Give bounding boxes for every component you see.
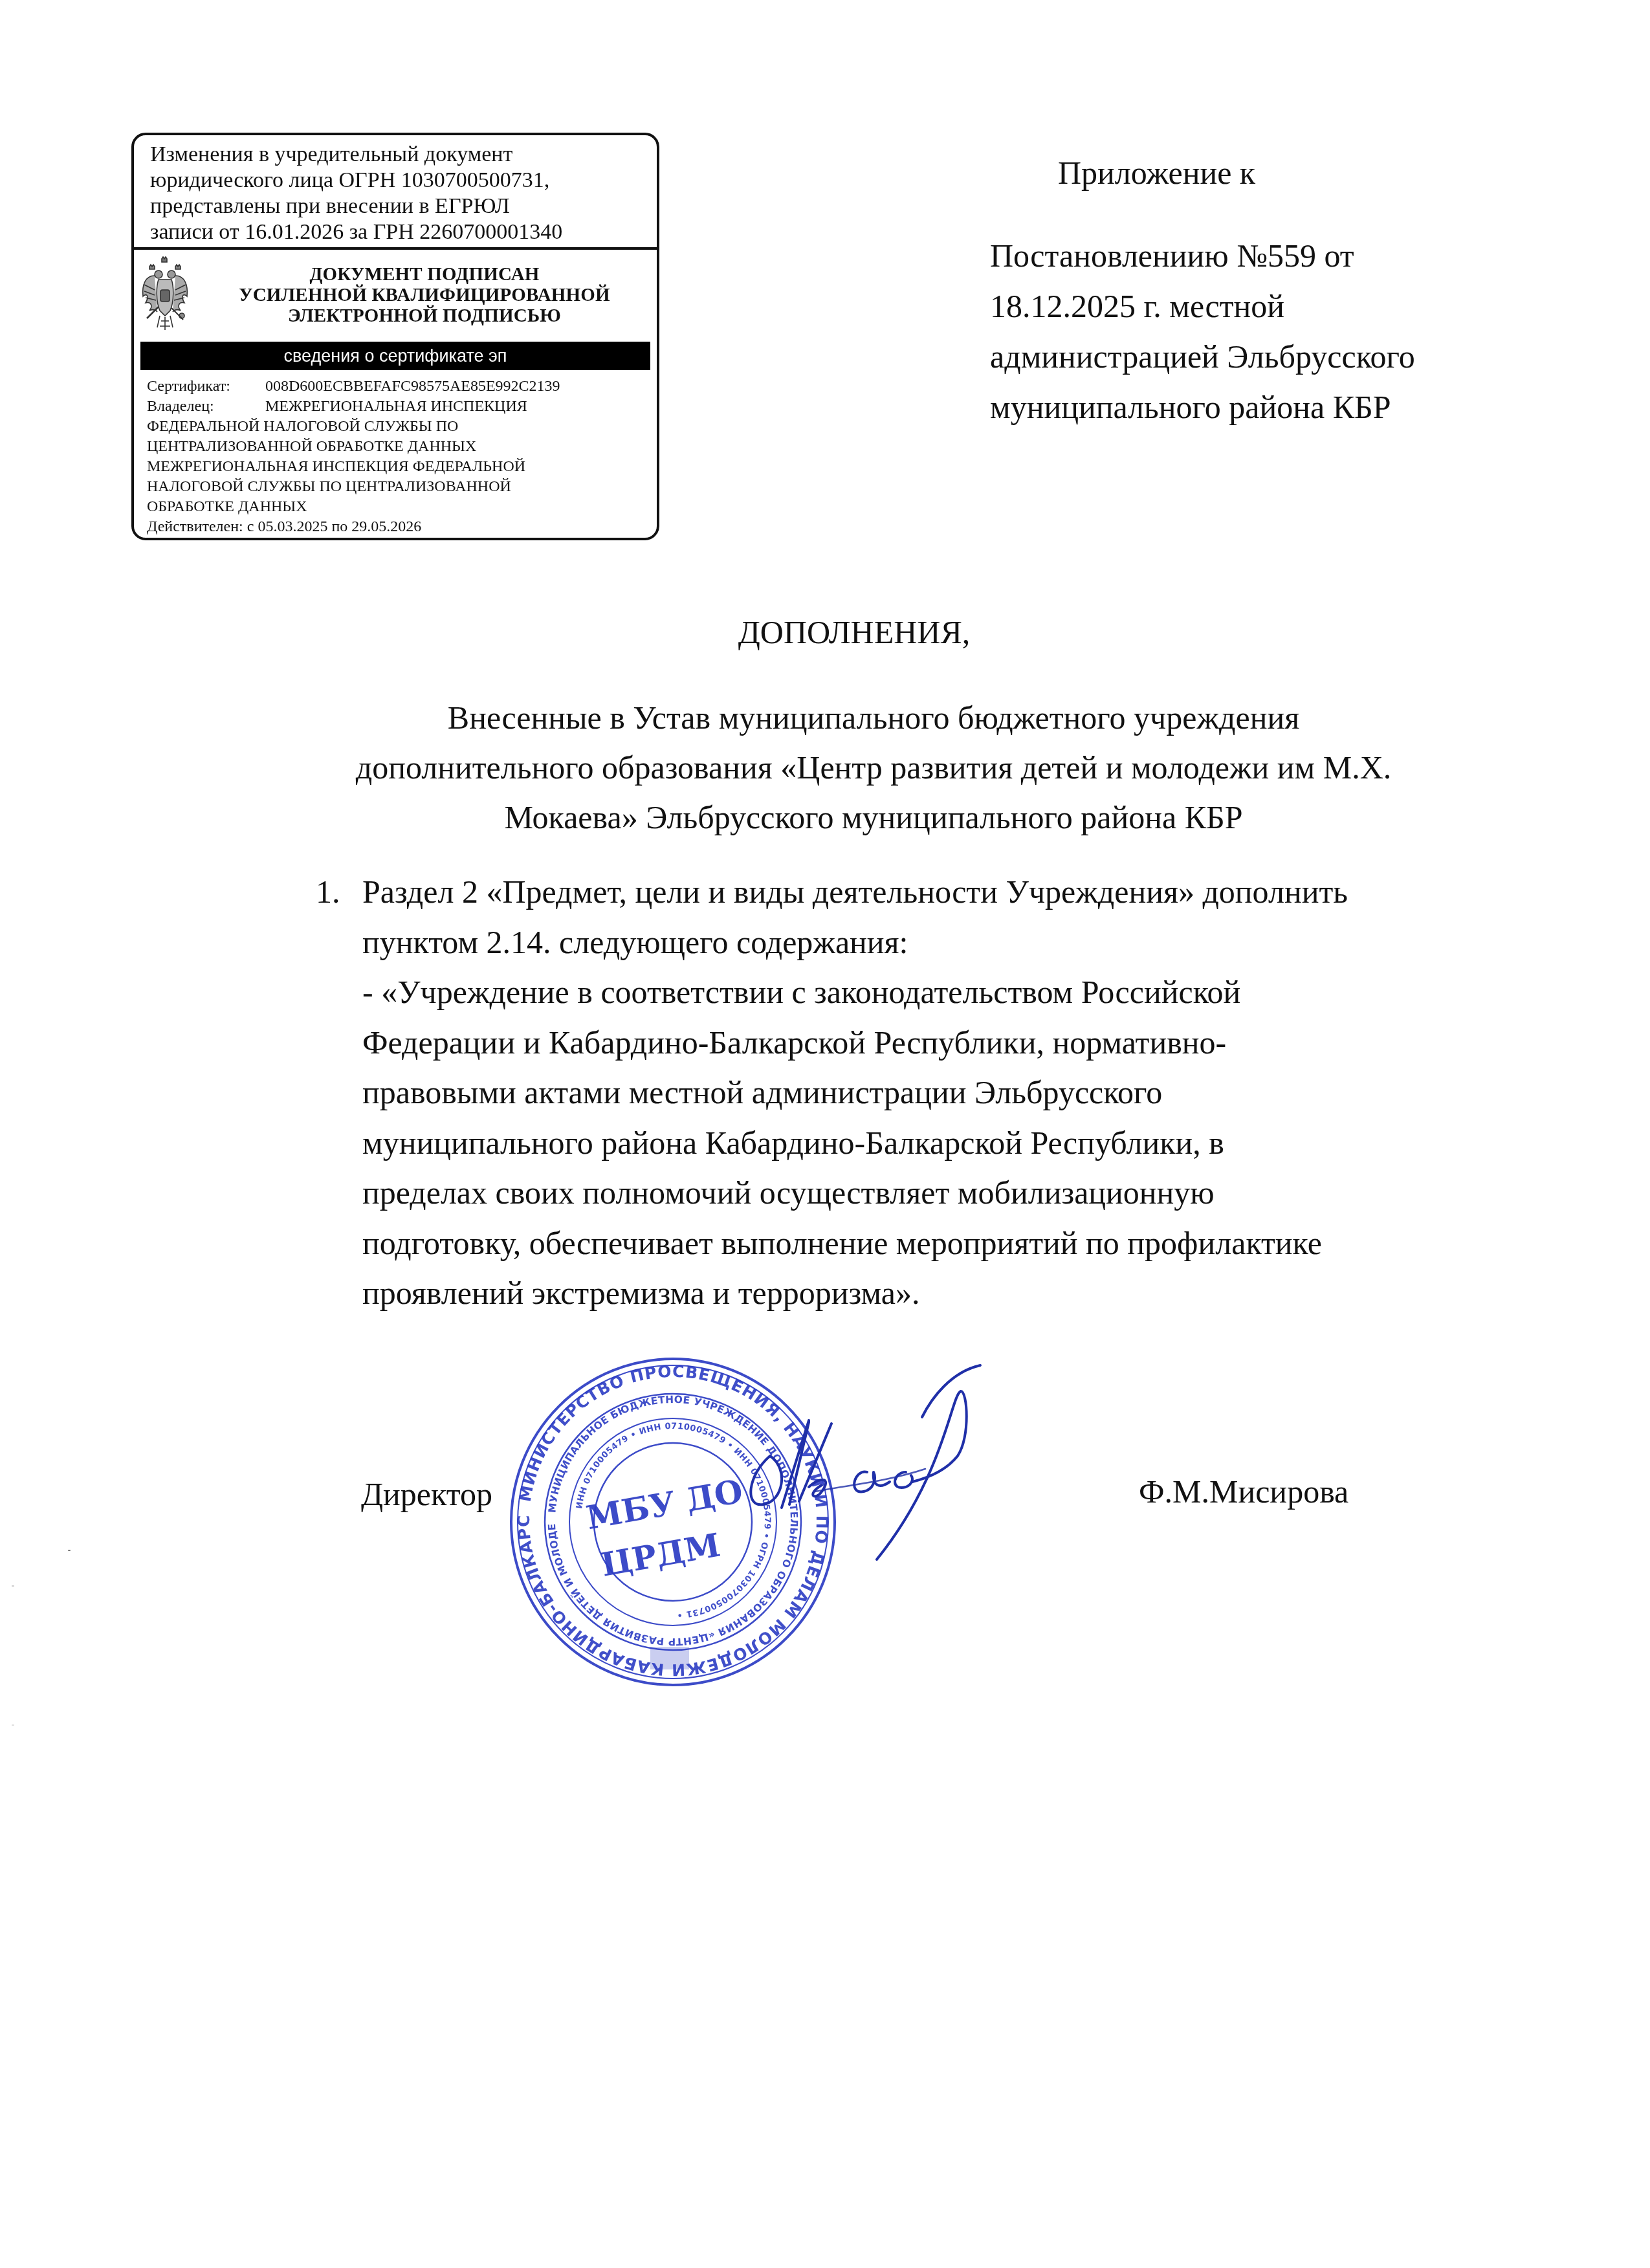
amendment-line: Федерации и Кабардино-Балкарской Республ…: [362, 1018, 1545, 1068]
signatory-role: Директор: [361, 1475, 492, 1513]
validity-label: Действителен:: [147, 518, 243, 535]
owner-line: ЦЕНТРАЛИЗОВАННОЙ ОБРАБОТКЕ ДАННЫХ: [147, 437, 650, 457]
appendix-line: 18.12.2025 г. местной: [990, 281, 1415, 331]
document-title: ДОПОЛНЕНИЯ,: [0, 613, 1650, 651]
owner-line: НАЛОГОВОЙ СЛУЖБЫ ПО ЦЕНТРАЛИЗОВАННОЙ: [147, 477, 650, 497]
amendment-line: - «Учреждение в соответствии с законодат…: [362, 967, 1545, 1018]
scan-artifact: [68, 1550, 71, 1551]
seal-center-line: МБУ ДО: [584, 1472, 746, 1537]
amendment-line: пределах своих полномочий осуществляет м…: [362, 1168, 1545, 1218]
owner-value: МЕЖРЕГИОНАЛЬНАЯ ИНСПЕКЦИЯ: [265, 398, 527, 415]
document-subtitle: Внесенные в Устав муниципального бюджетн…: [129, 693, 1618, 842]
signed-title-line: УСИЛЕННОЙ КВАЛИФИЦИРОВАННОЙ: [199, 285, 650, 305]
owner-line: ФЕДЕРАЛЬНОЙ НАЛОГОВОЙ СЛУЖБЫ ПО: [147, 417, 650, 437]
appendix-reference: Постановлениию №559 от 18.12.2025 г. мес…: [990, 230, 1415, 432]
scan-artifact: [12, 1724, 14, 1726]
certificate-row: Сертификат:008D600ECBBEFAFC98575AE85E992…: [147, 377, 650, 397]
owner-line: МЕЖРЕГИОНАЛЬНАЯ ИНСПЕКЦИЯ ФЕДЕРАЛЬНОЙ: [147, 457, 650, 477]
russian-coat-of-arms-icon: [140, 256, 190, 334]
egrul-registration-note: Изменения в учредительный документ юриди…: [134, 135, 657, 250]
certificate-serial: 008D600ECBBEFAFC98575AE85E992C2139: [265, 378, 560, 395]
appendix-title: Приложение к: [1058, 154, 1255, 192]
amendment-line: правовыми актами местной администрации Э…: [362, 1068, 1545, 1118]
amendment-line: проявлений экстремизма и терроризма».: [362, 1268, 1545, 1319]
amendment-text: Раздел 2 «Предмет, цели и виды деятельно…: [362, 867, 1545, 1319]
registration-note-line: записи от 16.01.2026 за ГРН 226070000134…: [150, 219, 657, 245]
appendix-line: администрацией Эльбрусского: [990, 331, 1415, 382]
handwritten-signature-icon: [744, 1346, 1016, 1618]
amendment-number: 1.: [316, 867, 340, 918]
validity-row: Действителен: с 05.03.2025 по 29.05.2026: [147, 517, 650, 537]
amendment-line: пунктом 2.14. следующего содержания:: [362, 918, 1545, 968]
owner-row: Владелец:МЕЖРЕГИОНАЛЬНАЯ ИНСПЕКЦИЯ: [147, 397, 650, 417]
amendment-item: 1. Раздел 2 «Предмет, цели и виды деятел…: [316, 867, 1545, 1319]
amendment-line: подготовку, обеспечивает выполнение меро…: [362, 1218, 1545, 1269]
amendment-line: муниципального района Кабардино-Балкарск…: [362, 1118, 1545, 1169]
signed-with-qualified-signature-title: ДОКУМЕНТ ПОДПИСАН УСИЛЕННОЙ КВАЛИФИЦИРОВ…: [199, 264, 650, 326]
amendment-line: Раздел 2 «Предмет, цели и виды деятельно…: [362, 867, 1545, 918]
certificate-info-bar: сведения о сертификате эп: [140, 342, 650, 370]
subtitle-line: Внесенные в Устав муниципального бюджетн…: [129, 693, 1618, 743]
certificate-details: Сертификат:008D600ECBBEFAFC98575AE85E992…: [147, 377, 650, 537]
seal-center-line: ЦРДМ: [598, 1526, 723, 1584]
scan-artifact: [12, 1585, 14, 1587]
owner-line: ОБРАБОТКЕ ДАННЫХ: [147, 497, 650, 517]
subtitle-line: дополнительного образования «Центр разви…: [129, 743, 1618, 793]
registration-note-line: Изменения в учредительный документ: [150, 142, 657, 168]
signatory-name: Ф.М.Мисирова: [1139, 1473, 1348, 1510]
electronic-signature-header: ДОКУМЕНТ ПОДПИСАН УСИЛЕННОЙ КВАЛИФИЦИРОВ…: [134, 252, 657, 343]
signed-title-line: ДОКУМЕНТ ПОДПИСАН: [199, 264, 650, 285]
validity-period: с 05.03.2025 по 29.05.2026: [247, 518, 422, 535]
egrul-registration-stamp: Изменения в учредительный документ юриди…: [131, 133, 659, 540]
registration-note-line: представлены при внесении в ЕГРЮЛ: [150, 193, 657, 219]
certificate-label: Сертификат:: [147, 377, 265, 397]
amendments-list: 1. Раздел 2 «Предмет, цели и виды деятел…: [316, 867, 1545, 1319]
subtitle-line: Мокаева» Эльбрусского муниципального рай…: [129, 793, 1618, 842]
appendix-line: муниципального района КБР: [990, 382, 1415, 432]
signed-title-line: ЭЛЕКТРОННОЙ ПОДПИСЬЮ: [199, 305, 650, 326]
appendix-line: Постановлениию №559 от: [990, 230, 1415, 281]
registration-note-line: юридического лица ОГРН 1030700500731,: [150, 168, 657, 193]
owner-label: Владелец:: [147, 397, 265, 417]
